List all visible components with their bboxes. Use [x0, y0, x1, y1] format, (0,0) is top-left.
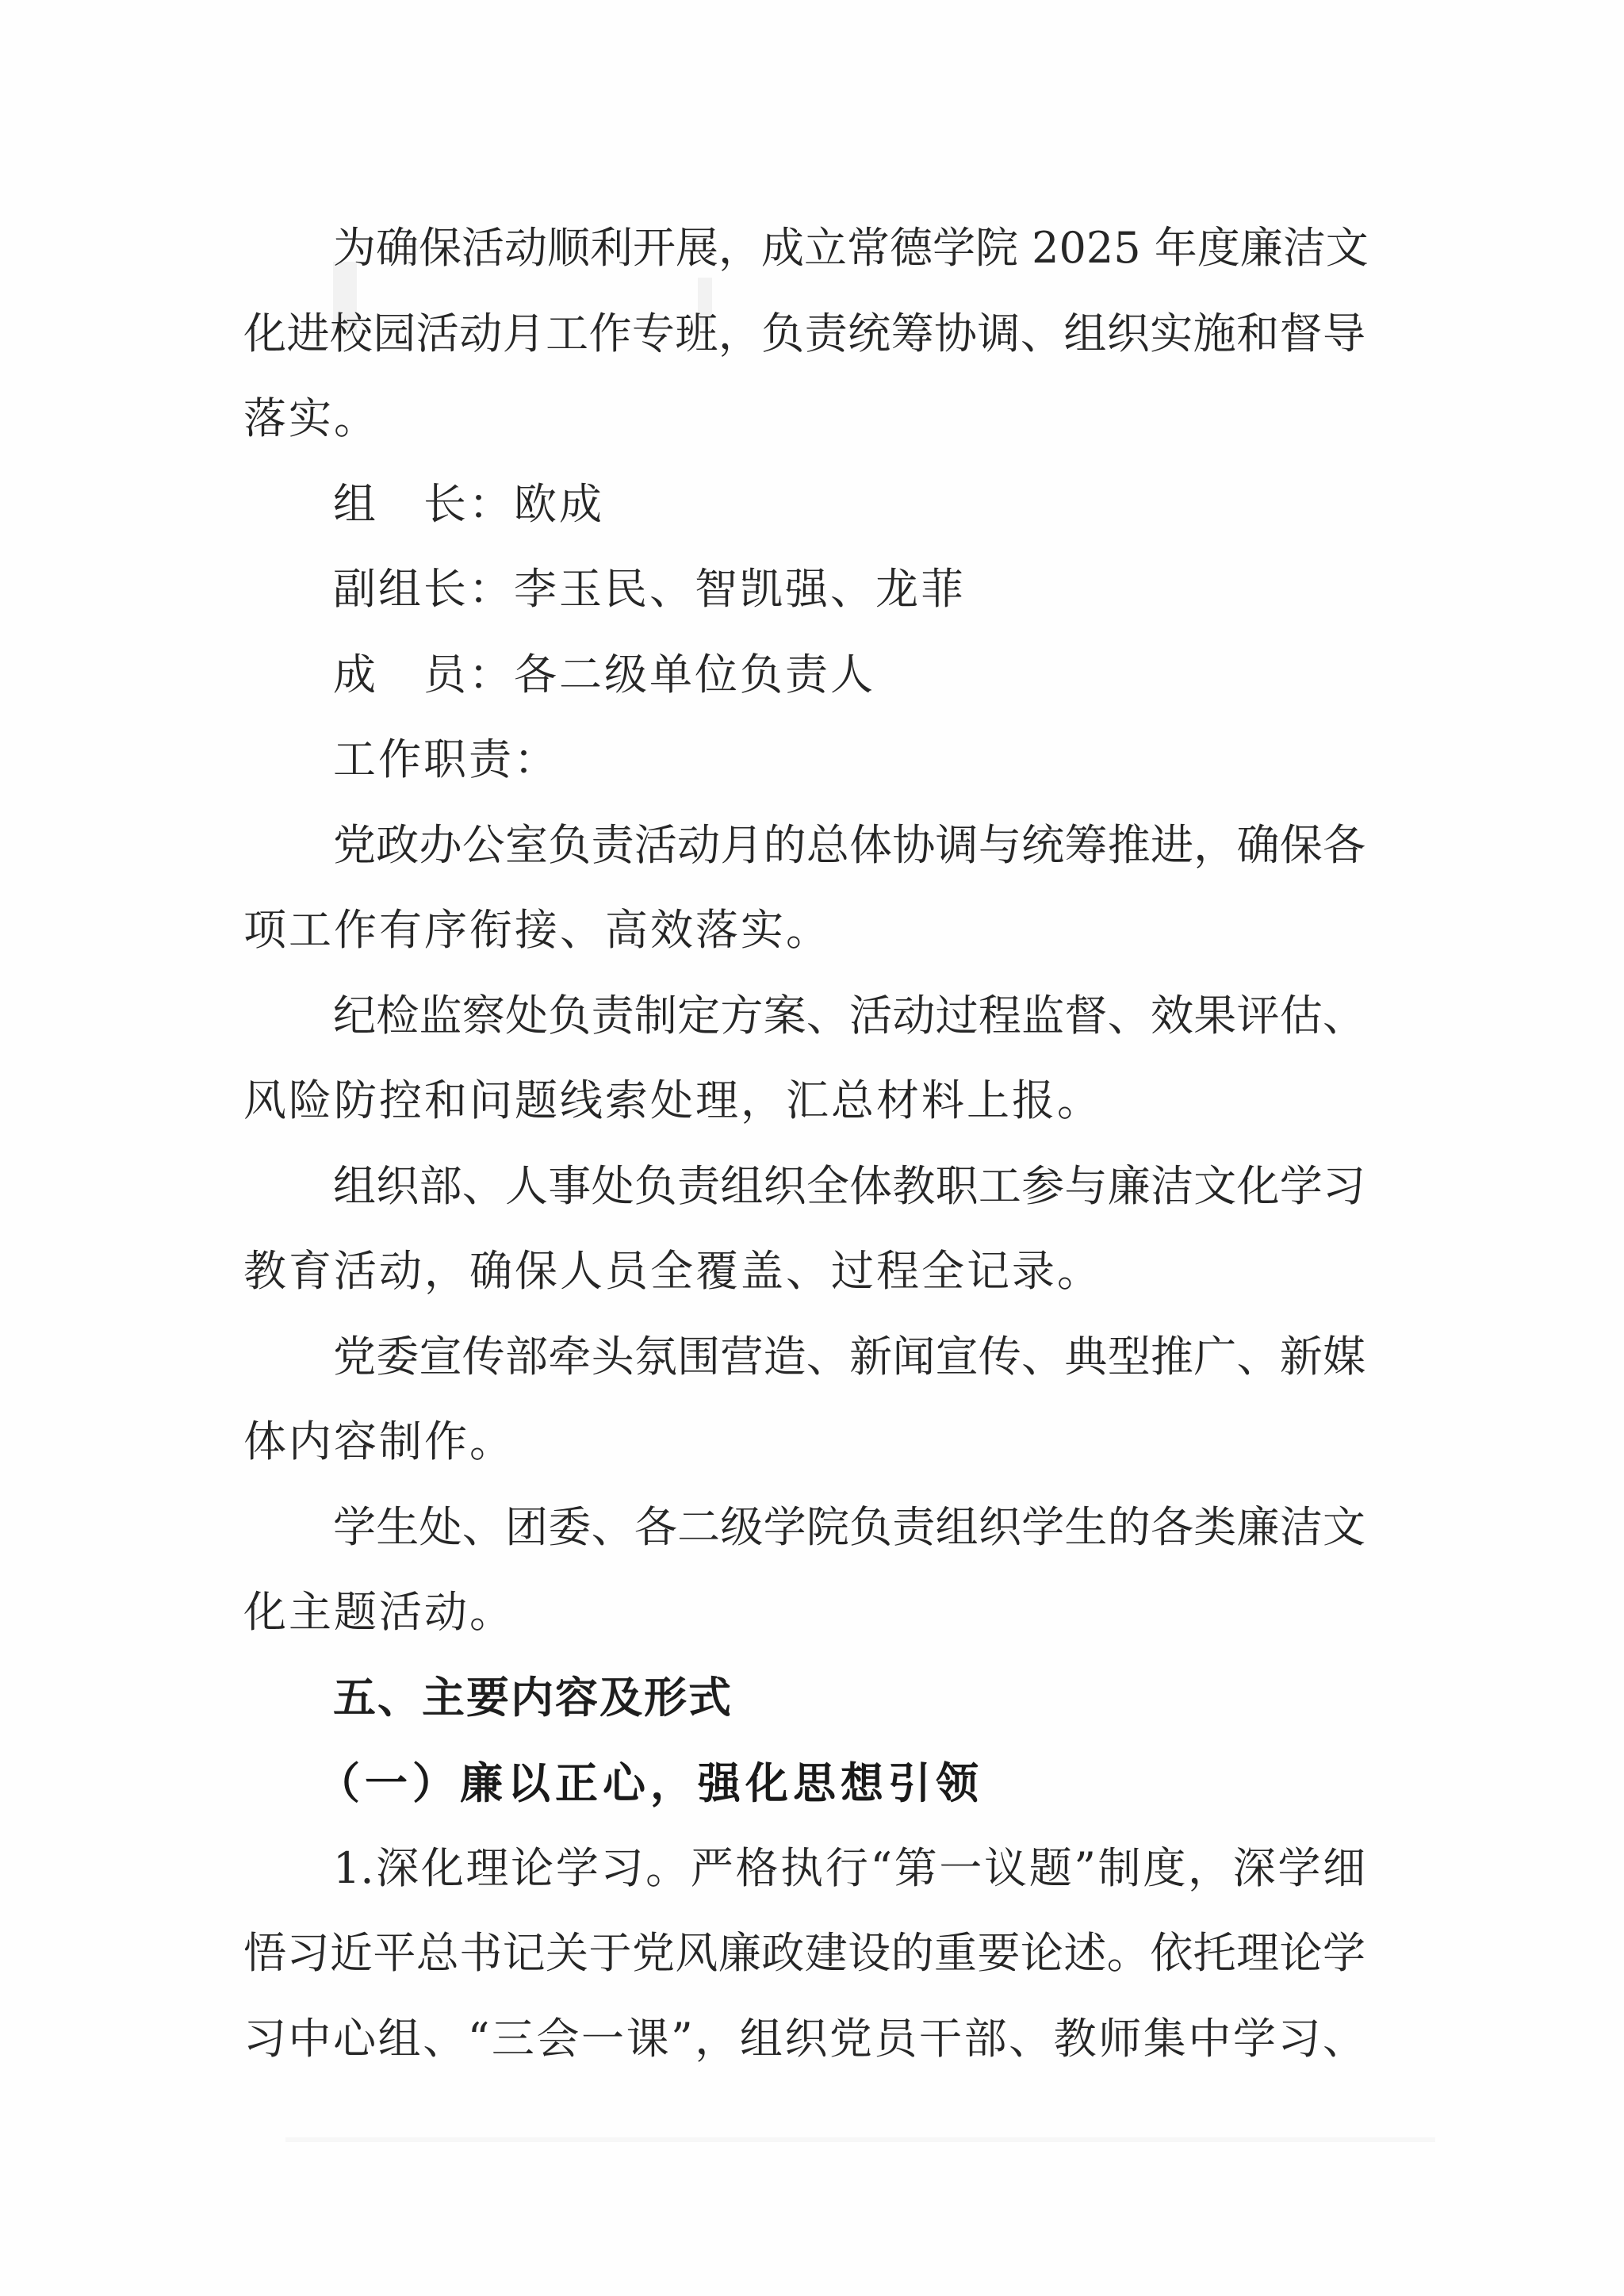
team-leader: 组 长：欧成	[333, 462, 604, 547]
duty-publicity-line-1: 党委宣传部牵头氛围营造、新闻宣传、典型推广、新媒	[333, 1314, 1365, 1400]
duties-label: 工作职责：	[333, 717, 559, 803]
team-members: 成 员：各二级单位负责人	[333, 632, 875, 718]
item-1-line-3: 习中心组、“三会一课”，组织党员干部、教师集中学习、	[243, 1996, 1365, 2082]
subsection-heading: （一）廉以正心，强化思想引领	[317, 1740, 983, 1826]
duty-organization-hr-line-2: 教育活动，确保人员全覆盖、过程全记录。	[243, 1228, 1102, 1314]
document-page: 为确保活动顺利开展，成立常德学院 2025 年度廉洁文 化进校园活动月工作专班，…	[0, 0, 1624, 2296]
item-1-line-1: 1.深化理论学习。严格执行“第一议题”制度，深学细	[333, 1826, 1365, 1911]
item-1-line-2: 悟习近平总书记关于党风廉政建设的重要论述。依托理论学	[243, 1911, 1365, 1996]
paragraph-intro-line-2: 化进校园活动月工作专班，负责统筹协调、组织实施和督导	[243, 291, 1365, 377]
duty-student-affairs-line-1: 学生处、团委、各二级学院负责组织学生的各类廉洁文	[333, 1485, 1365, 1570]
team-deputy-leaders: 副组长：李玉民、智凯强、龙菲	[333, 546, 966, 632]
duty-student-affairs-line-2: 化主题活动。	[243, 1570, 515, 1655]
duty-party-office-line-2: 项工作有序衔接、高效落实。	[243, 887, 831, 973]
scan-artifact	[285, 2137, 1435, 2142]
section-heading: 五、主要内容及形式	[333, 1655, 733, 1741]
duty-discipline-office-line-1: 纪检监察处负责制定方案、活动过程监督、效果评估、	[333, 973, 1365, 1059]
duty-discipline-office-line-2: 风险防控和问题线索处理，汇总材料上报。	[243, 1058, 1102, 1144]
duty-organization-hr-line-1: 组织部、人事处负责组织全体教职工参与廉洁文化学习	[333, 1144, 1365, 1229]
duty-publicity-line-2: 体内容制作。	[243, 1399, 515, 1485]
duty-party-office-line-1: 党政办公室负责活动月的总体协调与统筹推进，确保各	[333, 803, 1365, 888]
paragraph-intro-line-3: 落实。	[243, 376, 379, 462]
paragraph-intro-line-1: 为确保活动顺利开展，成立常德学院 2025 年度廉洁文	[333, 205, 1365, 291]
